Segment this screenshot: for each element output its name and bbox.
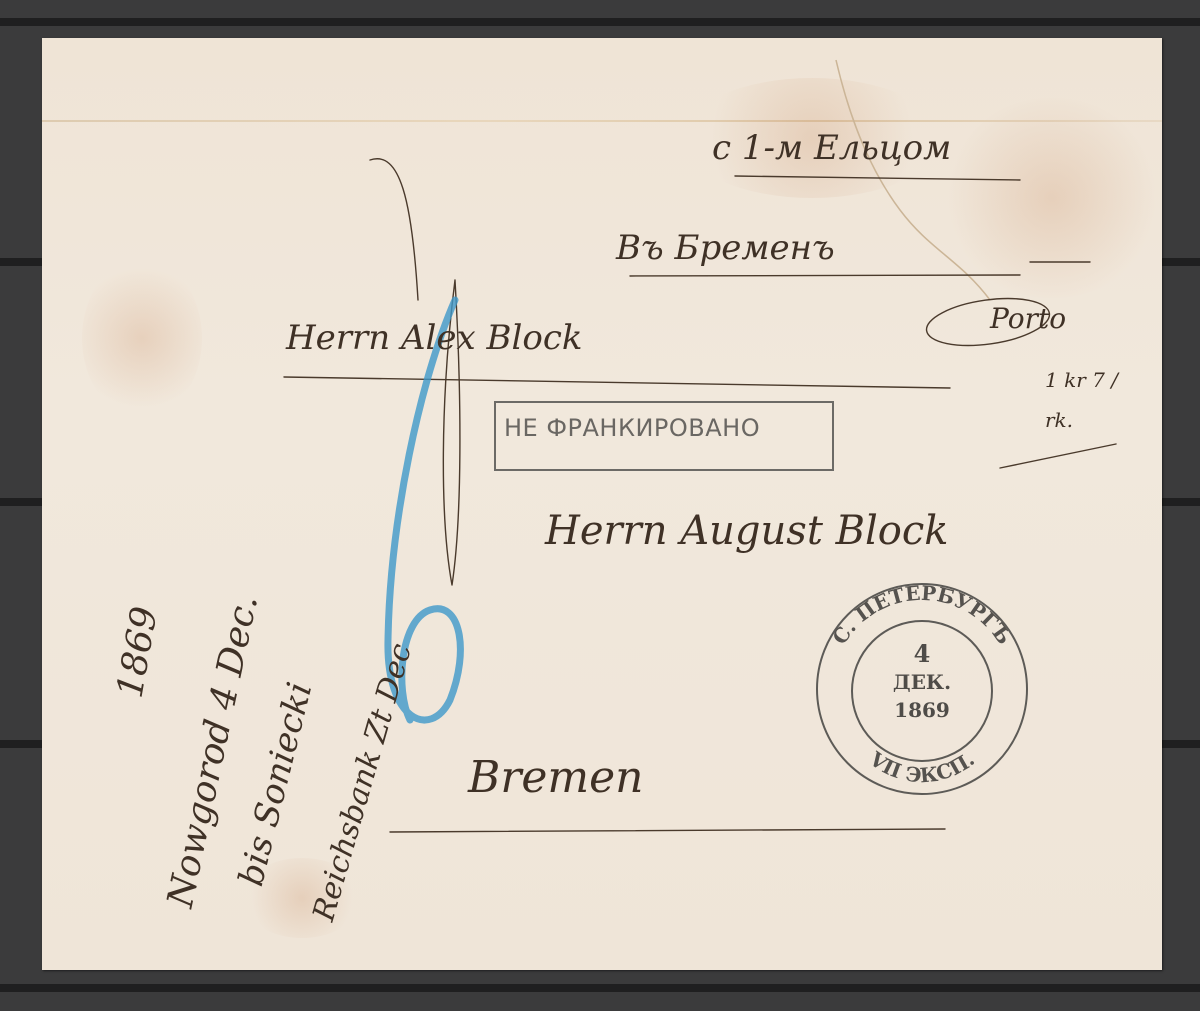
postmark-year: 1869 [851,696,993,724]
postmark-day: 4 [851,640,993,668]
postmark-ring-text-layer: С. ПЕТЕРБУРГЪ VII ЭКСП. [0,0,1200,1011]
postmark-date: 4 ДЕК. 1869 [851,640,993,724]
postmark-bottom-text: VII ЭКСП. [864,746,979,787]
postmark-month: ДЕК. [851,668,993,696]
